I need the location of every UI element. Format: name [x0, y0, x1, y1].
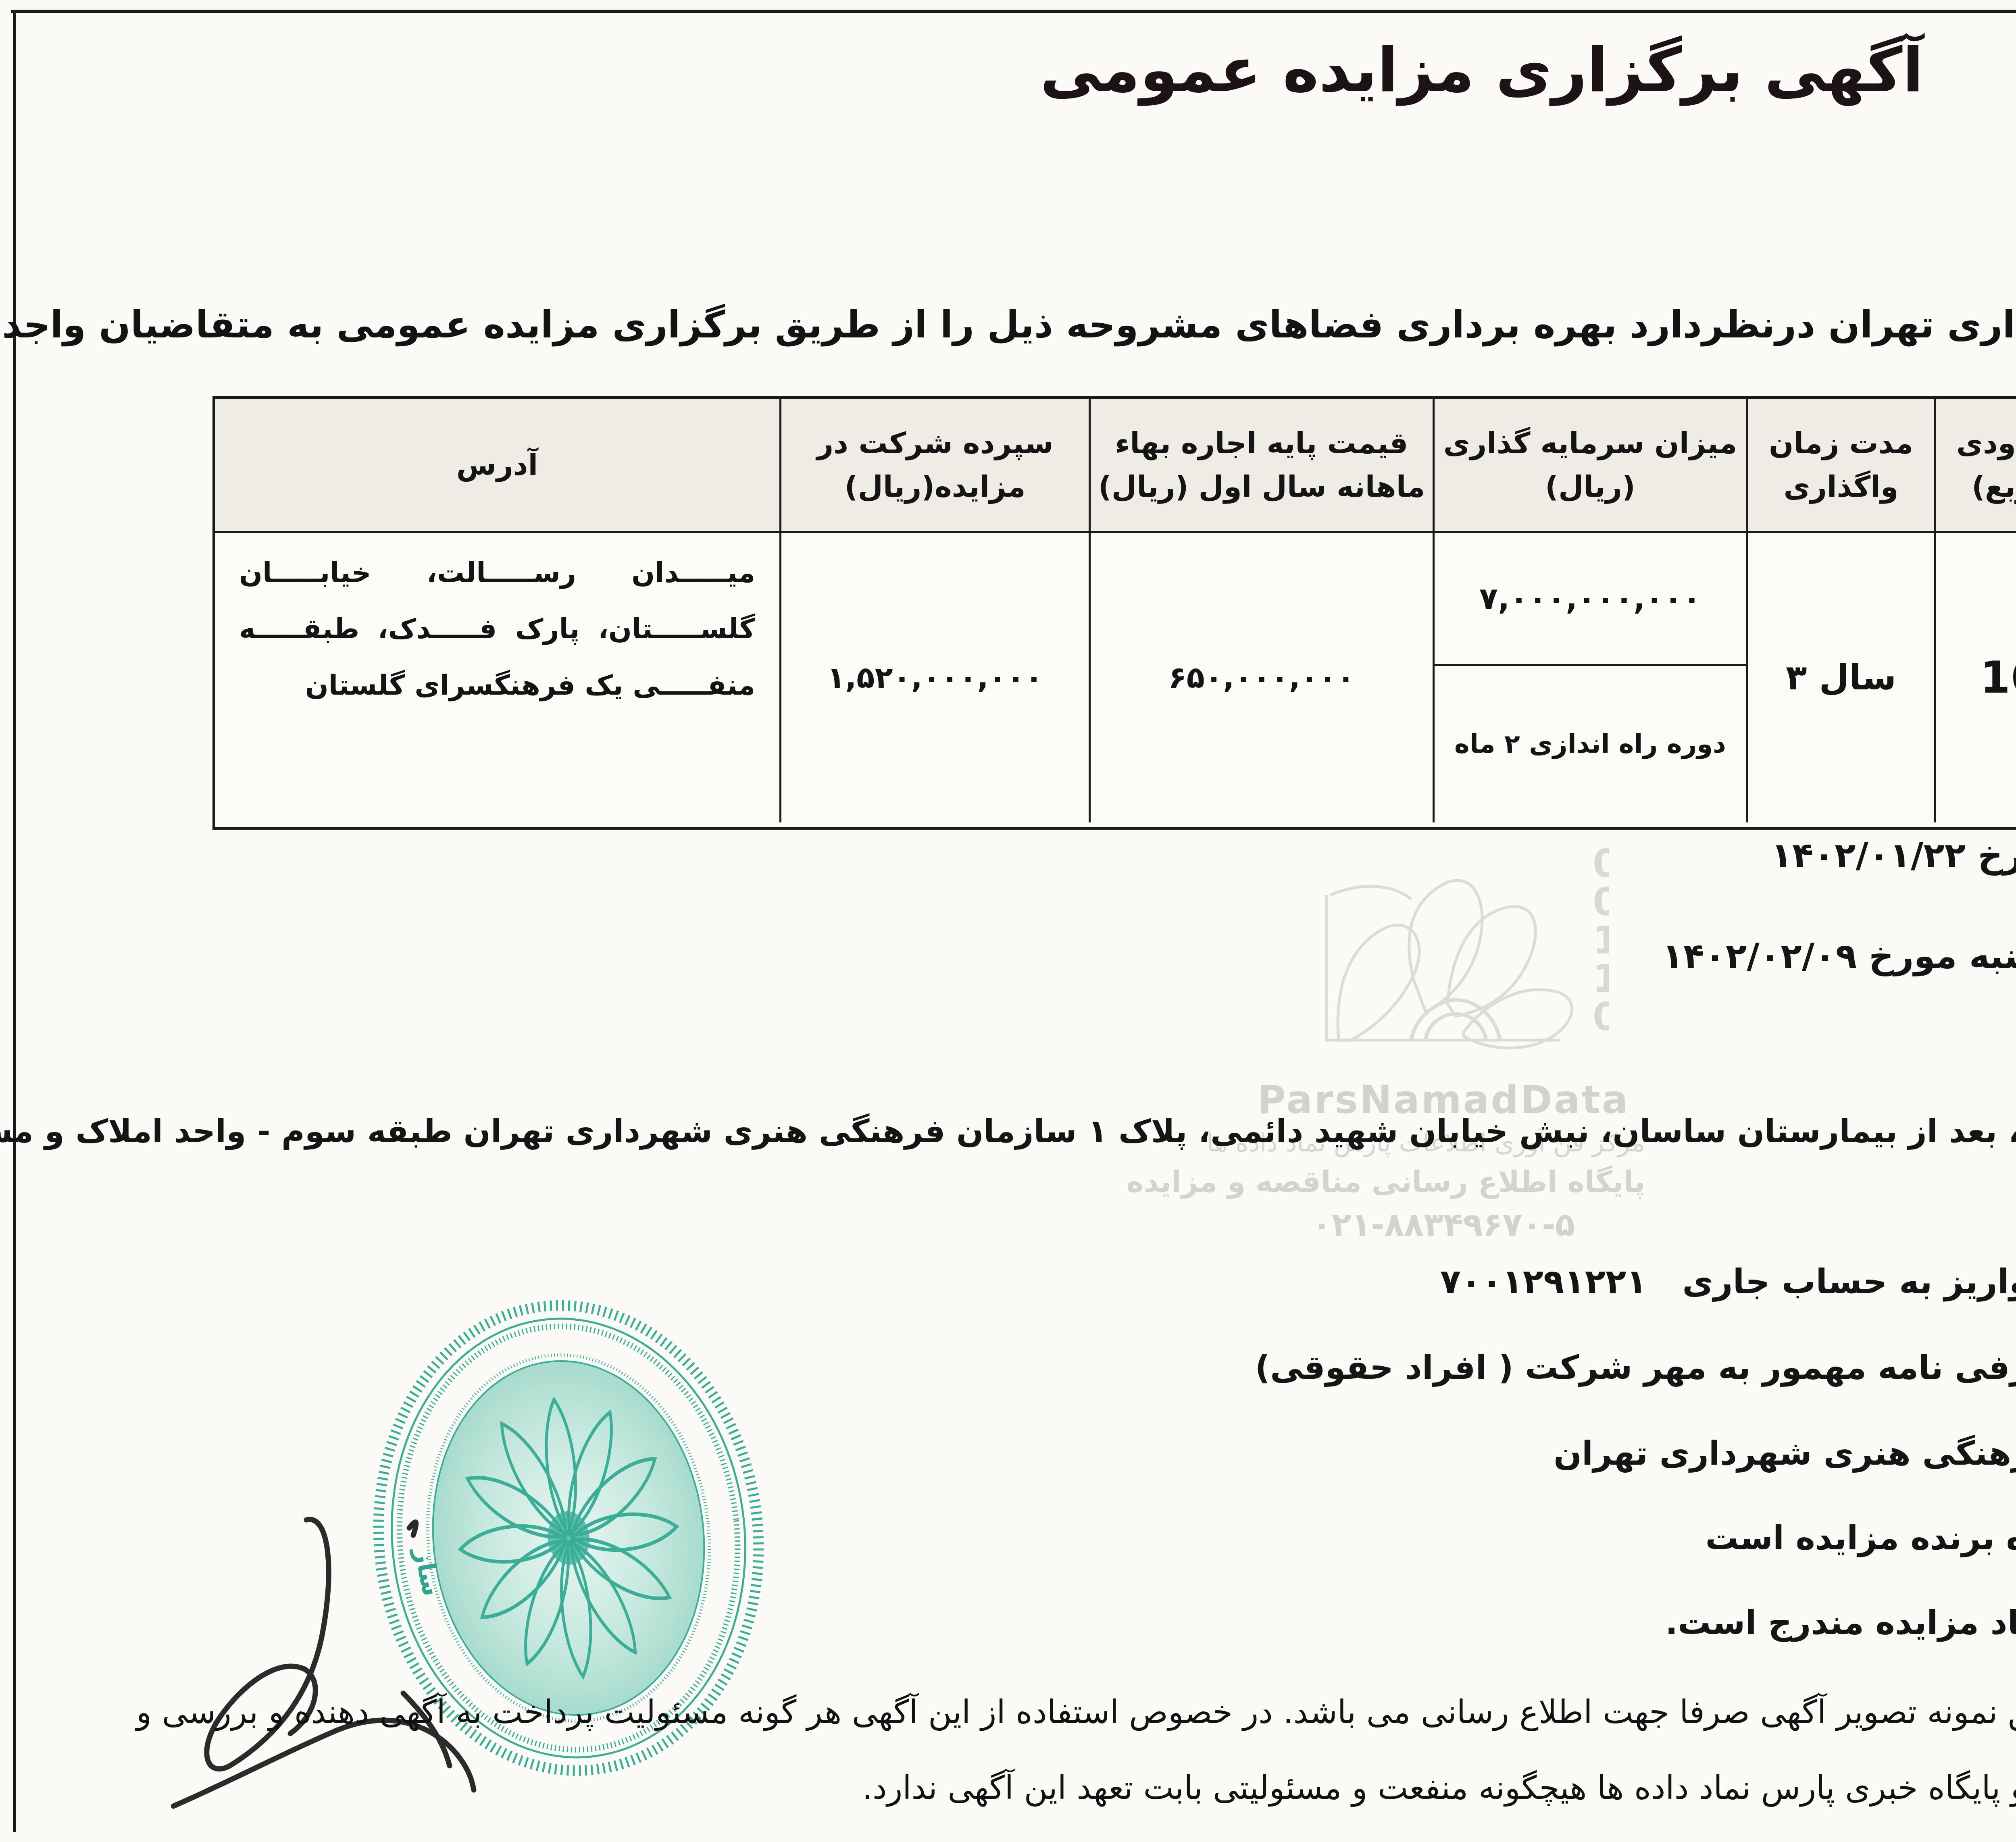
- cell-area: 1000: [1166, 533, 1380, 822]
- cell-investment: ۷,۰۰۰,۰۰۰,۰۰۰ دوره راه اندازی ۲ ماه: [664, 533, 977, 822]
- header-address: آدرس: [0, 399, 11, 533]
- auction-table: عنوان مزایده متراژحدودی (مترمربع) مدت زم…: [0, 396, 1860, 830]
- intro-sentence: سازمان فرهنگی هنری شهرداری تهران درنظردا…: [0, 303, 1774, 346]
- disclaimer-line-2: احراز هویت به عهده شرکت کنندگان می باشد …: [94, 1769, 1879, 1807]
- watermark-binary-1: 010101: [824, 842, 840, 886]
- watermark-binary-2: 0001: [824, 880, 840, 924]
- header-investment: میزان سرمایه گذاری (ریال): [664, 399, 977, 533]
- watermark-flower-icon: 010101 0001 10 1 0: [510, 830, 840, 1072]
- line-deadline: آخرین مهلت ارائه پیشنهادات: روز شنبه مور…: [893, 936, 1872, 976]
- line-sale-place: محل فروش اسناد: تهران، بلوار کشاورز، بعد…: [0, 1113, 1876, 1150]
- line-delivery-place: محل تحویل اسناد: دبیرخانه سازمان فرهنگی …: [785, 1434, 1872, 1473]
- watermark-subtitle-2: پایگاه اطلاع رسانی مناقصه و مزایده: [473, 1165, 877, 1199]
- watermark-phone: ‪۰۲۱-۸۸۳۴۹۶۷۰-۵‬: [473, 1206, 877, 1243]
- line-phone: شماره تماس ‪۰۲۱-۹۶۶۵۳۱۶۳‬: [1381, 1188, 1872, 1228]
- line-costs: هزینه های آگهی و کارشناسی : برعهده برنده…: [937, 1519, 1872, 1557]
- cell-address: میـــــدان رســـــالت، خیابـــــان گلســ…: [0, 533, 11, 822]
- line-sale-date: تاریخ فروش اسناد: روز سه شنبه مورخ ۱۴۰۲/…: [1003, 835, 1872, 876]
- page-title: آگهی برگزاری مزایده عمومی: [139, 34, 1288, 106]
- scanned-auction-notice: { "page": { "title": "آگهی برگزاری مزاید…: [0, 0, 2016, 1842]
- cell-investment-note: دوره راه اندازی ۲ ماه: [666, 666, 977, 822]
- cell-deposit: ۱,۵۲۰,۰۰۰,۰۰۰: [11, 533, 320, 822]
- header-deposit: سپرده شرکت در مزایده(ریال): [11, 399, 320, 533]
- flower-logo-icon: [1758, 32, 1891, 165]
- watermark-binary-5: 0: [824, 995, 840, 1039]
- cell-auction-title: باشگاه ورزشی فرهنگسرای گلستان(۴ سالن): [1380, 533, 1858, 822]
- header-base-rent: قیمت پایه اجاره بهاء ماهانه سال اول (ریا…: [320, 399, 664, 533]
- line-opening-date: تاریخ بازگشایی پاکت ها: ۱۴۰۲/۰۲/۱۰: [1249, 1039, 1872, 1080]
- watermark-binary-3: 10: [824, 918, 840, 963]
- header-auction-title: عنوان مزایده: [1380, 399, 1858, 533]
- header-area: متراژحدودی (مترمربع): [1166, 399, 1380, 533]
- line-document-fee: هزینه خرید اسناد: ۲,۰۰۰,۰۰۰ ریال واریز ب…: [672, 1262, 1872, 1301]
- page-top-border: [0, 10, 2016, 13]
- disclaimer-line-1: این آگهی به درخواست شرکت مزایده گزار طبق…: [0, 1693, 1879, 1731]
- cell-investment-amount: ۷,۰۰۰,۰۰۰,۰۰۰: [666, 533, 977, 666]
- header-duration: مدت زمان واگذاری: [977, 399, 1166, 533]
- line-other-info: سایر اطلاعات و جزئیات مربوط در اسناد مزا…: [897, 1604, 1872, 1642]
- organization-brand: سازمان فرهنگی هنری شهرداری تهران: [1663, 32, 1985, 203]
- watermark: 010101 0001 10 1 0 ParsNamadData مرکز فن…: [473, 830, 877, 1243]
- line-required-docs: مدارک لازم جهت خرید اسناد: ارائه معرفی ن…: [486, 1349, 1872, 1387]
- watermark-binary-4: 1: [824, 957, 840, 1001]
- cell-base-rent: ۶۵۰,۰۰۰,۰۰۰: [320, 533, 664, 822]
- organization-name: سازمان فرهنگی هنری شهرداری تهران: [1663, 176, 1985, 203]
- cell-duration: سال ۳: [977, 533, 1166, 822]
